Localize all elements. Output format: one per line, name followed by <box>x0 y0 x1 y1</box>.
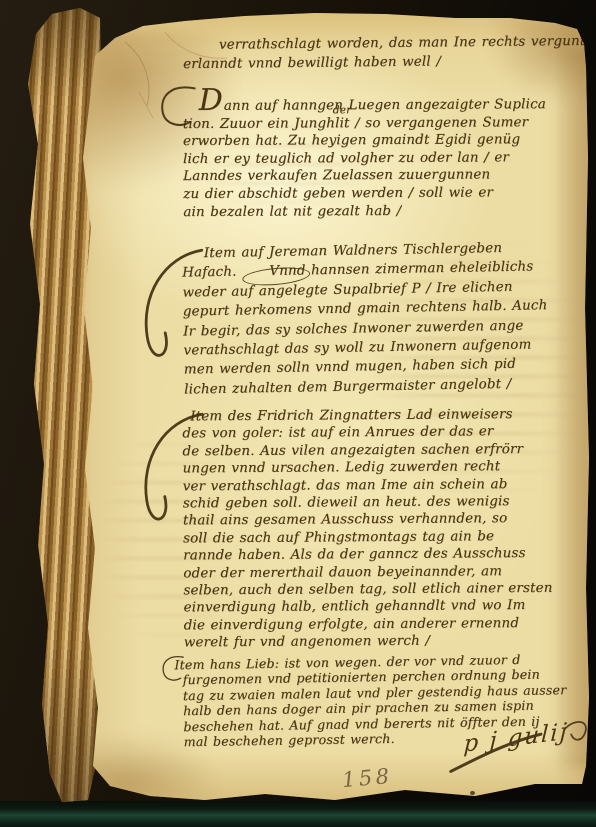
paragraph-2: Item auf Jereman Waldners TischlergebenH… <box>182 238 593 400</box>
manuscript-page: verrathschlagt worden, das man Ine recht… <box>55 8 592 808</box>
text-line: tion. Zuuor ein Junghlit / so vergangene… <box>183 114 591 134</box>
table-felt-strip <box>0 801 596 827</box>
text-line: erlanndt vnnd bewilligt haben well / <box>183 51 591 74</box>
ink-spot <box>538 789 543 793</box>
paragraph-3: Item des Fridrich Zingnatters Lad einwei… <box>182 406 592 653</box>
ink-spot <box>470 791 475 795</box>
interlinear-word: der <box>333 102 352 120</box>
text-line: werelt fur vnd angenomen werch / <box>184 632 592 652</box>
text-line: Lanndes verkaufen Zuelassen zuuergunnen <box>183 166 591 186</box>
ink-spot <box>505 793 510 797</box>
text-line: ain bezalen lat nit gezalt hab / <box>183 201 591 221</box>
text-line: erworben hat. Zu heyigen gmaindt Egidi g… <box>183 131 591 151</box>
text-line: zu dier abschidt geben werden / soll wie… <box>183 184 591 204</box>
page-number: 158 <box>341 764 393 792</box>
text-line: verrathschlagt worden, das man Ine recht… <box>219 32 591 55</box>
handwritten-text-block: verrathschlagt worden, das man Ine recht… <box>183 28 591 747</box>
text-line: lich er ey teuglich ad volgher zu oder l… <box>183 149 591 169</box>
paragraph-1: Dann auf hanngen Luegen angezaigter Supl… <box>183 90 592 221</box>
manuscript-photo: verrathschlagt worden, das man Ine recht… <box>0 0 596 827</box>
text-line: Dann auf hanngen Luegen angezaigter Supl… <box>199 90 591 116</box>
paragraph-0: verrathschlagt worden, das man Ine recht… <box>183 32 591 74</box>
